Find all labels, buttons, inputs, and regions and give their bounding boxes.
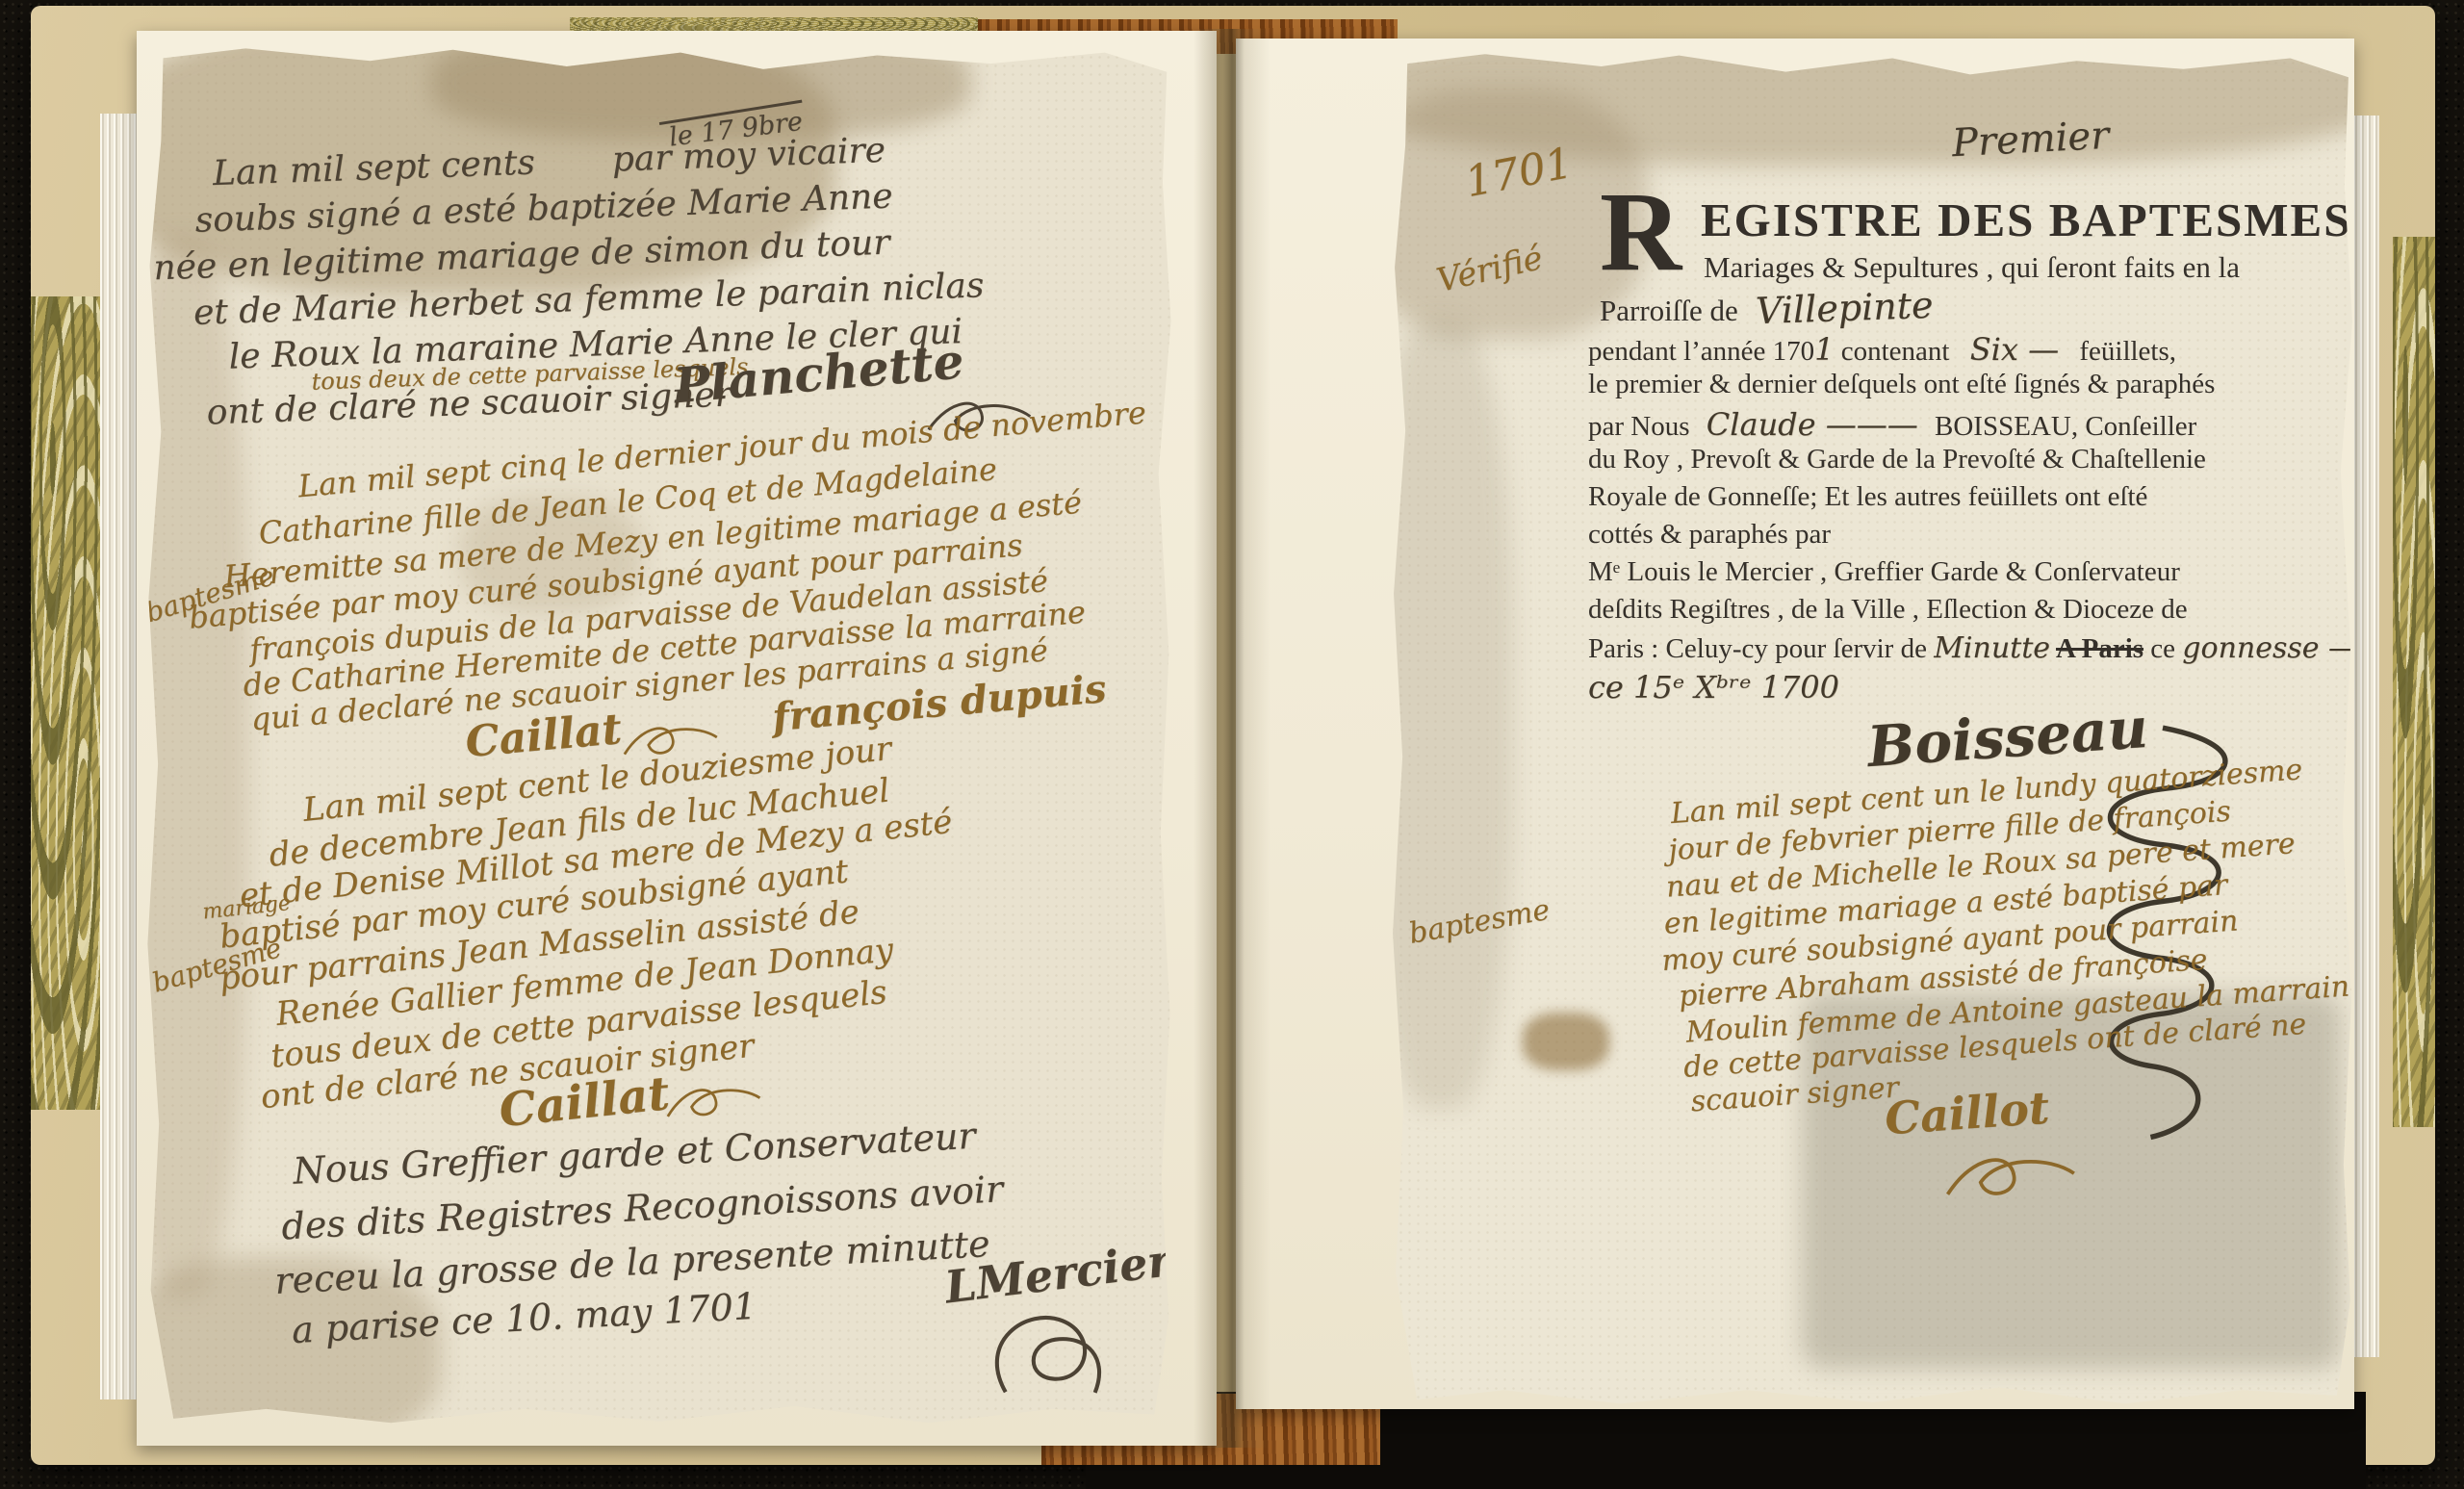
- parish-name-handwritten: Villepinte: [1755, 284, 1934, 332]
- printed-text: BOISSEAU, Conſeiller: [1928, 411, 2197, 443]
- signature-caillot: Caillot: [1884, 1082, 2051, 1145]
- printed-text: deſdits Regiſtres , de la Ville , Eſlect…: [1588, 594, 2188, 626]
- printed-text: cottés & paraphés par: [1588, 519, 1831, 551]
- greffier-note: Nous Greffier garde et Conservateur des …: [135, 1071, 1185, 1455]
- printed-line: le premier & dernier deſquels ont eſté ſ…: [1588, 369, 2358, 406]
- printed-line: par Nous Claude ——— BOISSEAU, Conſeiller: [1588, 406, 2358, 444]
- baptism-entry-right: baptesme Lan mil sept cent un le lundy q…: [1373, 729, 2374, 1276]
- printed-line: du Roy , Prevoſt & Garde de la Prevoſté …: [1588, 444, 2358, 481]
- printed-body-block: pendant l’année 170 1 contenant Six — fe…: [1588, 331, 2358, 709]
- printed-text: le premier & dernier deſquels ont eſté ſ…: [1588, 369, 2215, 400]
- page-title: EGISTRE DES BAPTESMES: [1701, 193, 2352, 247]
- manuscript-leaf-left: le 17 9bre Lan mil sept cents par moy vi…: [142, 44, 1177, 1428]
- signature-flourish: [1937, 1133, 2086, 1210]
- parish-label: Parroiſſe de: [1600, 294, 1738, 328]
- printed-text: Mᵉ Louis le Mercier , Greffier Garde & C…: [1588, 556, 2180, 588]
- printed-line: deſdits Regiſtres , de la Ville , Eſlect…: [1588, 594, 2358, 631]
- photo-backdrop: le 17 9bre Lan mil sept cents par moy vi…: [0, 0, 2464, 1489]
- printed-text: feüillets,: [2072, 336, 2176, 368]
- printed-line: pendant l’année 170 1 contenant Six — fe…: [1588, 331, 2358, 369]
- marbled-paper-right: [2393, 237, 2435, 1127]
- printed-text-struck: A Paris: [2056, 633, 2143, 665]
- printed-text: Paris : Celuy-cy pour ſervir de: [1588, 633, 1934, 665]
- handwritten-date: ce 15ᵉ Xᵇʳᵉ 1700: [1588, 669, 1839, 706]
- printed-line: Paris : Celuy-cy pour ſervir de Minutte …: [1588, 631, 2358, 669]
- marbled-paper-left: [31, 296, 104, 1110]
- handwritten-fill: Minutte: [1934, 631, 2050, 665]
- printed-text: du Roy , Prevoſt & Garde de la Prevoſté …: [1588, 444, 2206, 475]
- printed-text: Royale de Gonneſſe; Et les autres feüill…: [1588, 481, 2147, 513]
- handwritten-fill: Claude ———: [1707, 406, 1918, 443]
- signature-flourish: [975, 1294, 1125, 1407]
- book-gutter: [1193, 29, 1270, 1448]
- printed-text: par Nous: [1588, 411, 1697, 443]
- printed-text: pendant l’année 170: [1588, 336, 1814, 368]
- printed-line: Mᵉ Louis le Mercier , Greffier Garde & C…: [1588, 556, 2358, 594]
- handwritten-fill: gonnesse —: [2182, 631, 2357, 665]
- parish-line: Parroiſſe de Villepinte: [1600, 287, 1933, 329]
- printed-line: Royale de Gonneſſe; Et les autres feüill…: [1588, 481, 2358, 519]
- margin-label: baptesme: [1406, 893, 1553, 951]
- handwritten-date-line: ce 15ᵉ Xᵇʳᵉ 1700: [1588, 669, 2358, 709]
- manuscript-leaf-right: 1701 Vérifié Premier R EGISTRE DES BAPTE…: [1388, 50, 2358, 1409]
- handwritten-fill: 1: [1814, 331, 1834, 368]
- title-drop-cap: R: [1600, 175, 1681, 289]
- printed-line: cottés & paraphés par: [1588, 519, 2358, 556]
- handwritten-fill: Six —: [1970, 331, 2059, 368]
- title-subtitle: Mariages & Sepultures , qui ſeront faits…: [1704, 250, 2240, 285]
- printed-text: contenant: [1835, 336, 1957, 368]
- header-note-premier: Premier: [1951, 114, 2110, 166]
- printed-text: ce: [2143, 633, 2182, 665]
